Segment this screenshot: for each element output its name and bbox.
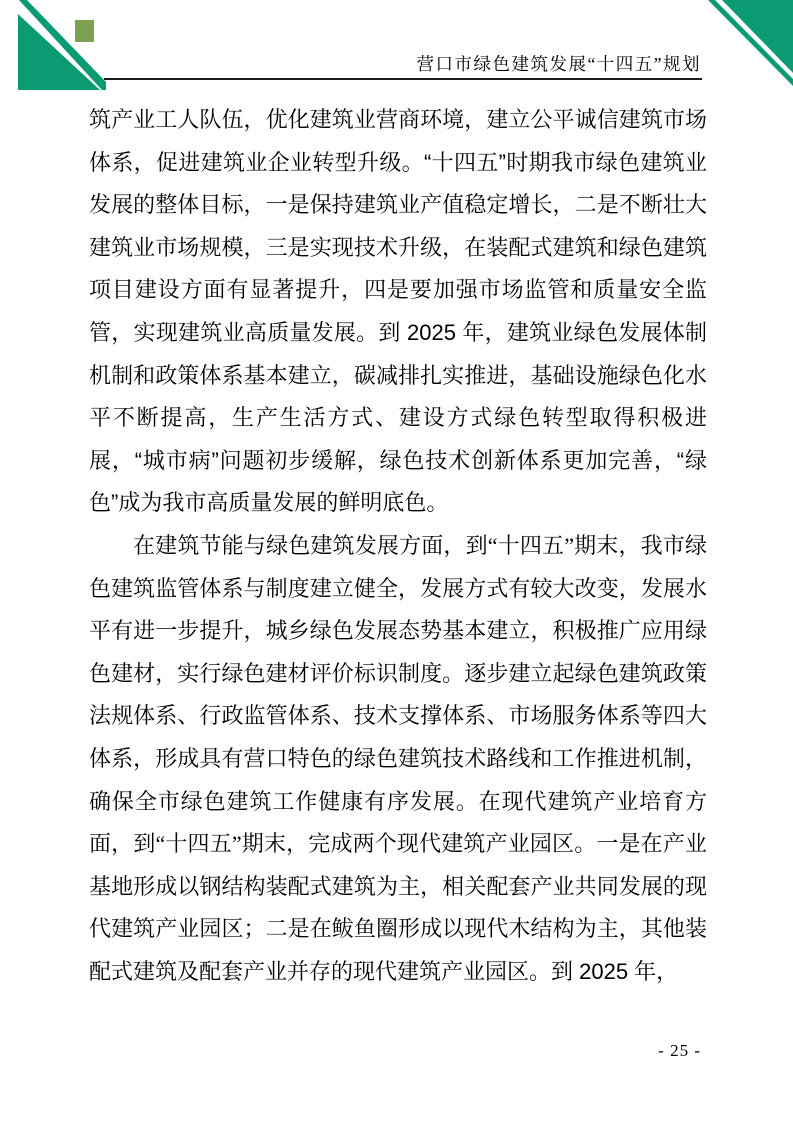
page-number: - 25 - <box>658 1041 701 1061</box>
accent-square-icon <box>75 20 94 42</box>
document-page: 营口市绿色建筑发展“十四五”规划 筑产业工人队伍，优化建筑业营商环境，建立公平诚… <box>0 0 793 1122</box>
paragraph-2-middle: 方面，到“十四五”期末，我市绿色建筑监管体系与制度建立健全，发展方式有较大改变，… <box>89 533 707 984</box>
paragraph-1: 筑产业工人队伍，优化建筑业营商环境，建立公平诚信建筑市场体系，促进建筑业企业转型… <box>89 99 707 525</box>
paragraph-2: 在建筑节能与绿色建筑发展方面，到“十四五”期末，我市绿色建筑监管体系与制度建立健… <box>89 525 707 994</box>
ribbon-right-triangle <box>722 0 793 73</box>
paragraph-2-emphasis-topic: 建筑节能与绿色建筑发展 <box>155 533 399 558</box>
document-body: 筑产业工人队伍，优化建筑业营商环境，建立公平诚信建筑市场体系，促进建筑业企业转型… <box>89 99 707 993</box>
header-title: 营口市绿色建筑发展“十四五”规划 <box>416 51 701 76</box>
header-rule <box>104 78 702 80</box>
paragraph-2-emphasis-year: 到 2025 年， <box>551 959 678 984</box>
paragraph-2-lead: 在 <box>133 533 155 558</box>
accent-square-fill <box>75 20 94 42</box>
corner-ribbon-right-icon <box>706 0 793 88</box>
corner-ribbon-left-icon <box>18 0 106 90</box>
